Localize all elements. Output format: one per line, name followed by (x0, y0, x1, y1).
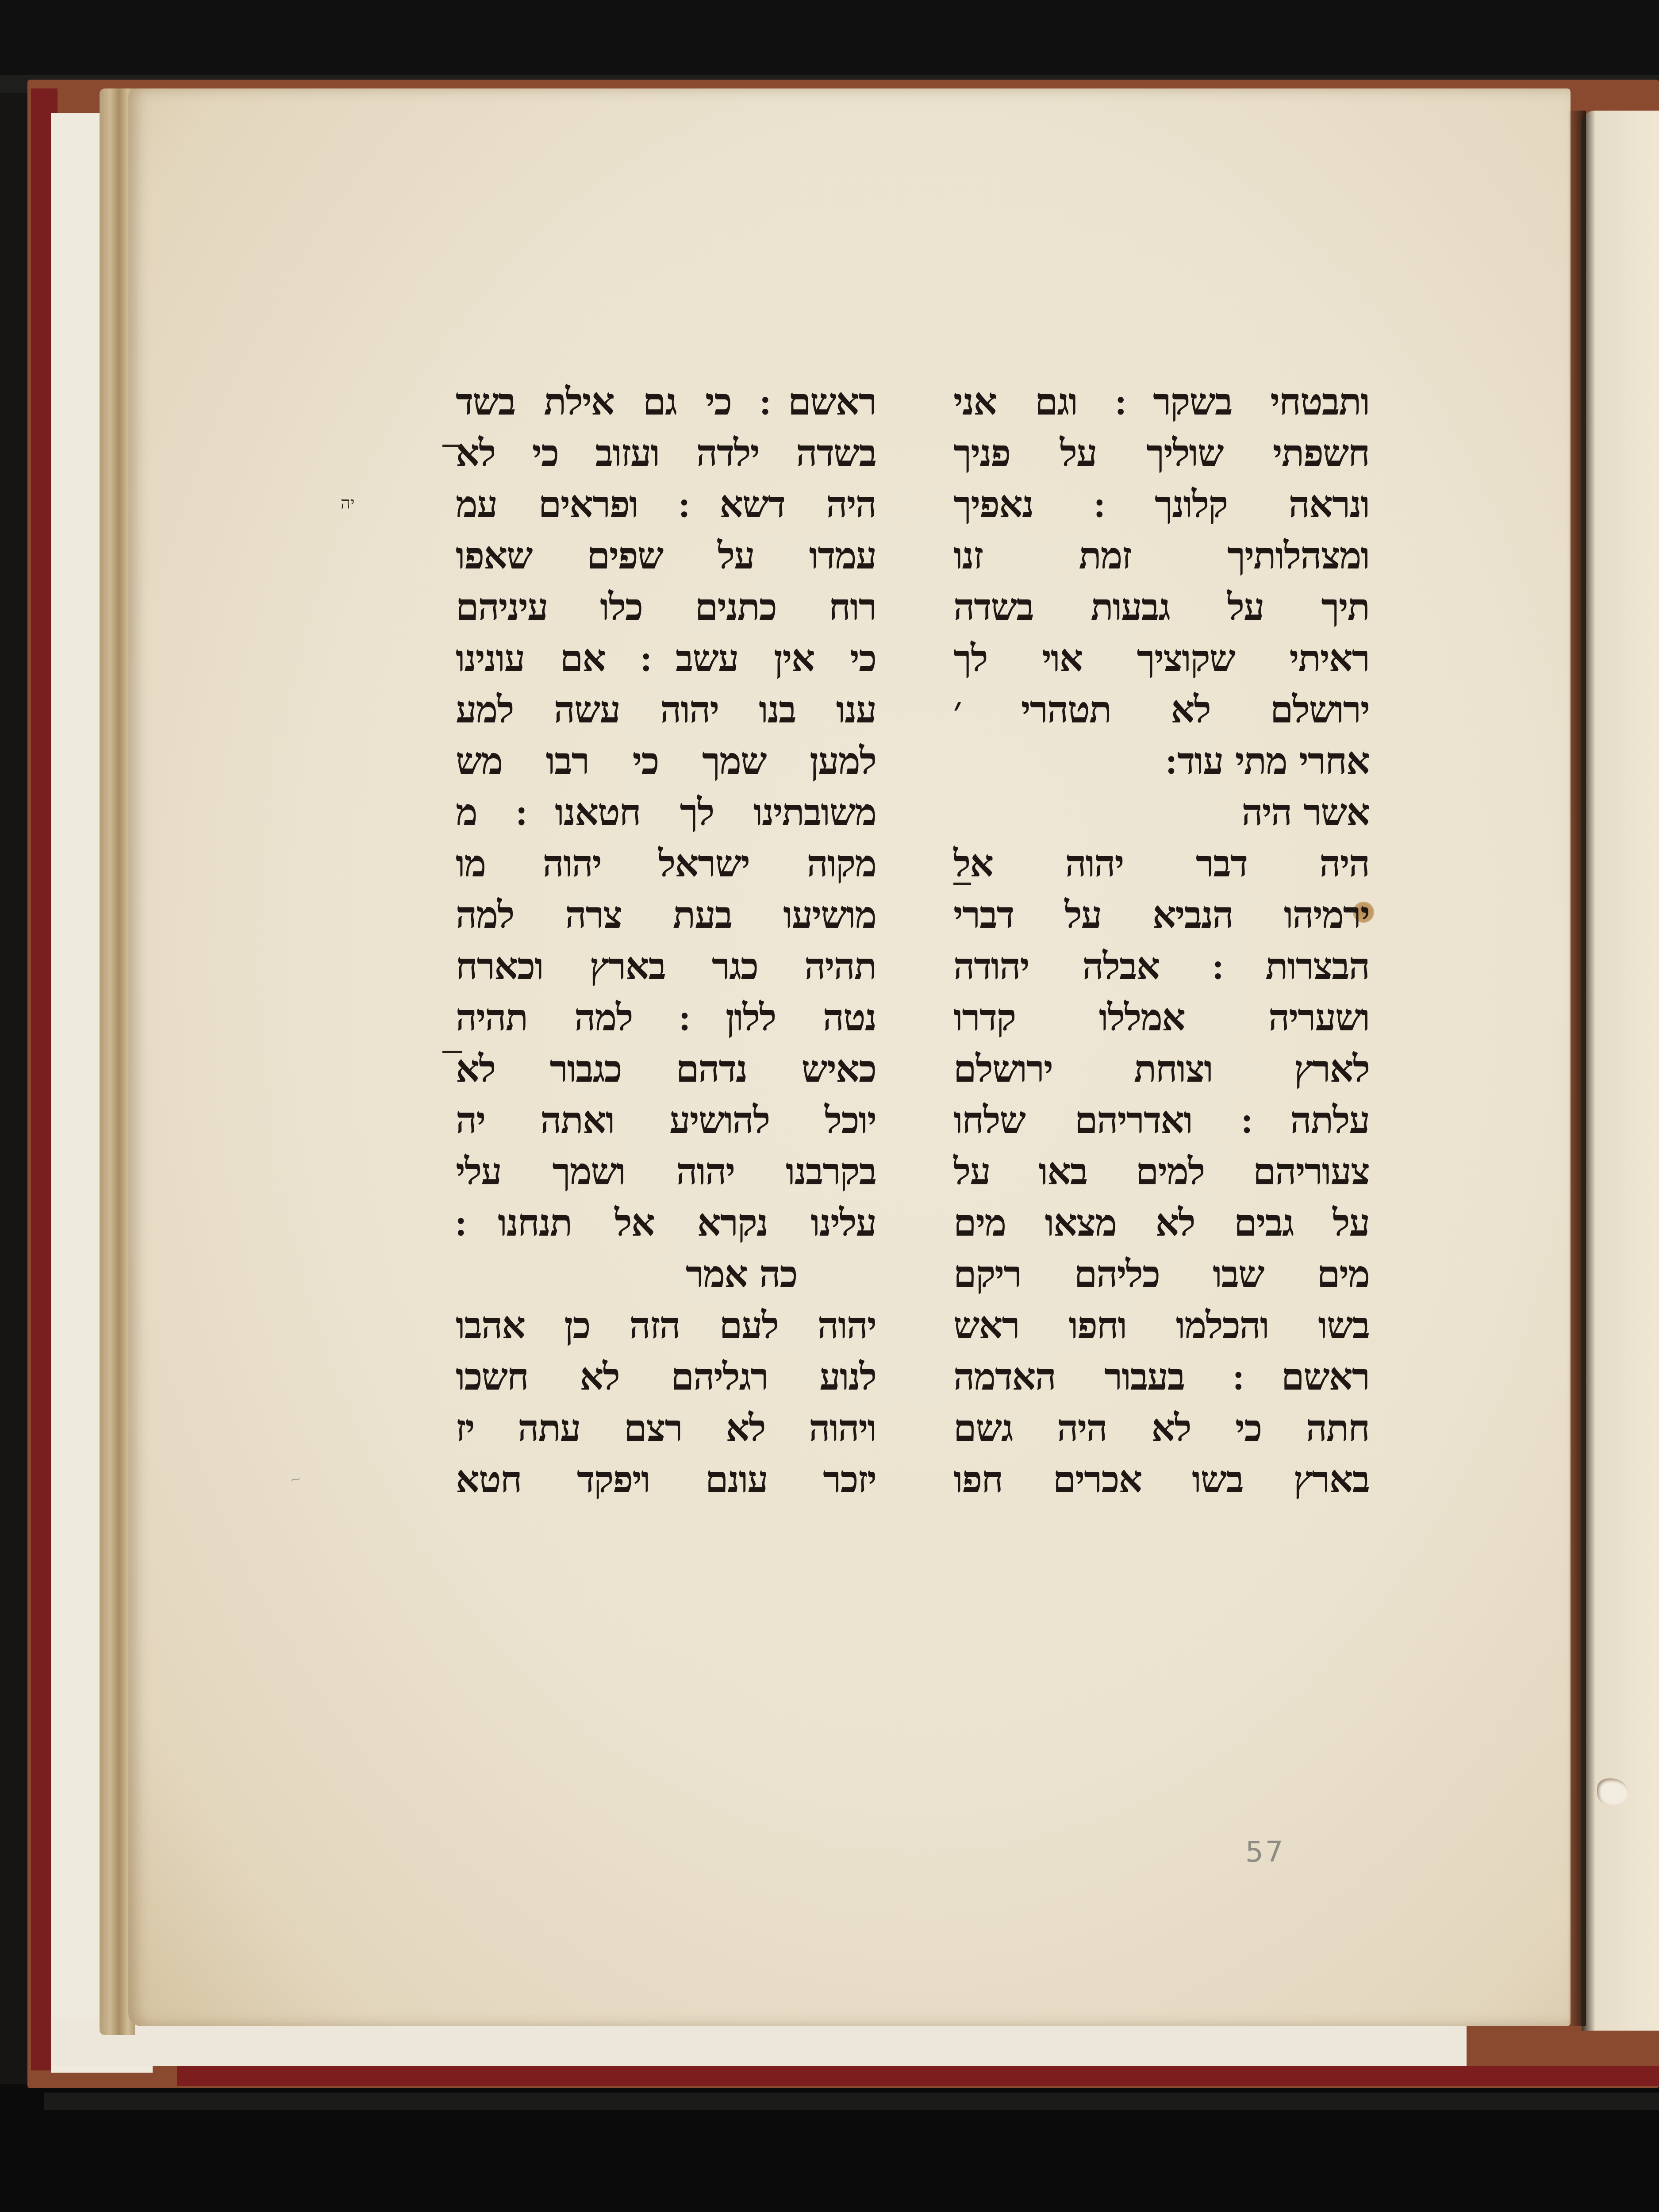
text-line: צעוריהם למים באו על (953, 1146, 1369, 1197)
text-line: ויהוה לא רצם עתה יז (456, 1402, 876, 1454)
text-line: בארץ בשו אכרים חפו (953, 1454, 1369, 1505)
text-line: תיך על גבעות בשדה (953, 581, 1369, 633)
text-line: רוח כתנים כלו עיניהם (456, 581, 876, 633)
text-line: בשדה ילדה ועזוב כי לא (456, 427, 876, 479)
text-line: מים שבו כליהם ריקם (953, 1248, 1369, 1300)
text-line: יזכר עונם ויפקד חטא (456, 1454, 876, 1505)
text-line: נטה ללון ׃ למה תהיה (456, 992, 876, 1043)
binding-red-bottom-edge (177, 2066, 1659, 2086)
text-line: ומצהלותיך זמת זנו (953, 530, 1369, 581)
text-line: מושיעו בעת צרה למה (456, 889, 876, 941)
text-line: לנוע רגליהם לא חשכו (456, 1351, 876, 1402)
text-column-right: ותבטחי בשקר ׃ וגם אני חשפתי שוליך על פני… (953, 376, 1369, 1505)
text-line: לארץ וצוחת ירושלם (953, 1043, 1369, 1094)
pencil-note: ~ (289, 1465, 348, 1521)
text-line: עמדו על שפים שאפו (456, 530, 876, 581)
line-filler-stroke (442, 1051, 462, 1053)
line-filler-stroke (953, 883, 971, 885)
text-line: ירושלם לא תטהרי ׳ (953, 684, 1369, 735)
text-line: כי אין עשב ׃ אם עונינו (456, 633, 876, 684)
line-filler-stroke (442, 445, 462, 447)
text-line: ושעריה אמללו קדרו (953, 992, 1369, 1043)
text-line: היה דשא ׃ ופראים עמ (456, 479, 876, 530)
text-line: עלינו נקרא אל תנחנו ׃ (456, 1197, 876, 1248)
text-line: יהוה לעם הזה כן אהבו (456, 1300, 876, 1351)
text-line: ונראה קלונך ׃ נאפיך (953, 479, 1369, 530)
text-line: יוכל להושיע ואתה יה (456, 1094, 876, 1146)
text-line: על גבים לא מצאו מים (953, 1197, 1369, 1248)
text-line-section-opening: אשר היה (953, 787, 1369, 838)
text-column-left: ראשם ׃ כי גם אילת בשד בשדה ילדה ועזוב כי… (456, 376, 876, 1505)
text-line: כאיש נדהם כגבור לא (456, 1043, 876, 1094)
text-line: הבצרות ׃ אבלה יהודה (953, 941, 1369, 992)
text-line: ענו בנו יהוה עשה למע (456, 684, 876, 735)
text-line: תהיה כגר בארץ וכארח (456, 941, 876, 992)
gutter-shadow (1568, 111, 1586, 2026)
text-line: ראיתי שקוציך אוי לך (953, 633, 1369, 684)
folio-number: 57 (1245, 1836, 1285, 1869)
text-line: בקרבנו יהוה ושמך עלי (456, 1146, 876, 1197)
text-line: למען שמך כי רבו מש (456, 735, 876, 787)
text-line-section-opening: כה אמר (456, 1248, 876, 1300)
text-line: בשו והכלמו וחפו ראש (953, 1300, 1369, 1351)
text-line: ראשם ׃ בעבור האדמה (953, 1351, 1369, 1402)
cradle-background-left (0, 93, 31, 2084)
text-line: ירמיהו הנביא על דברי (953, 889, 1369, 941)
text-line: מקוה ישראל יהוה מו (456, 838, 876, 889)
text-line: היה דבר יהוה אל (953, 838, 1369, 889)
text-line: אחרי מתי עוד ׃ (953, 735, 1369, 787)
text-line: חשפתי שוליך על פניך (953, 427, 1369, 479)
text-line: משובתינו לך חטאנו ׃ מ (456, 787, 876, 838)
text-line: ותבטחי בשקר ׃ וגם אני (953, 376, 1369, 427)
text-line: עלתה ׃ ואדריהם שלחו (953, 1094, 1369, 1146)
text-line: חתה כי לא היה גשם (953, 1402, 1369, 1454)
text-line: ראשם ׃ כי גם אילת בשד (456, 376, 876, 427)
marginal-numeral: יה (341, 493, 355, 513)
cradle-ledge (44, 2093, 1659, 2110)
next-leaf (1582, 111, 1659, 2031)
